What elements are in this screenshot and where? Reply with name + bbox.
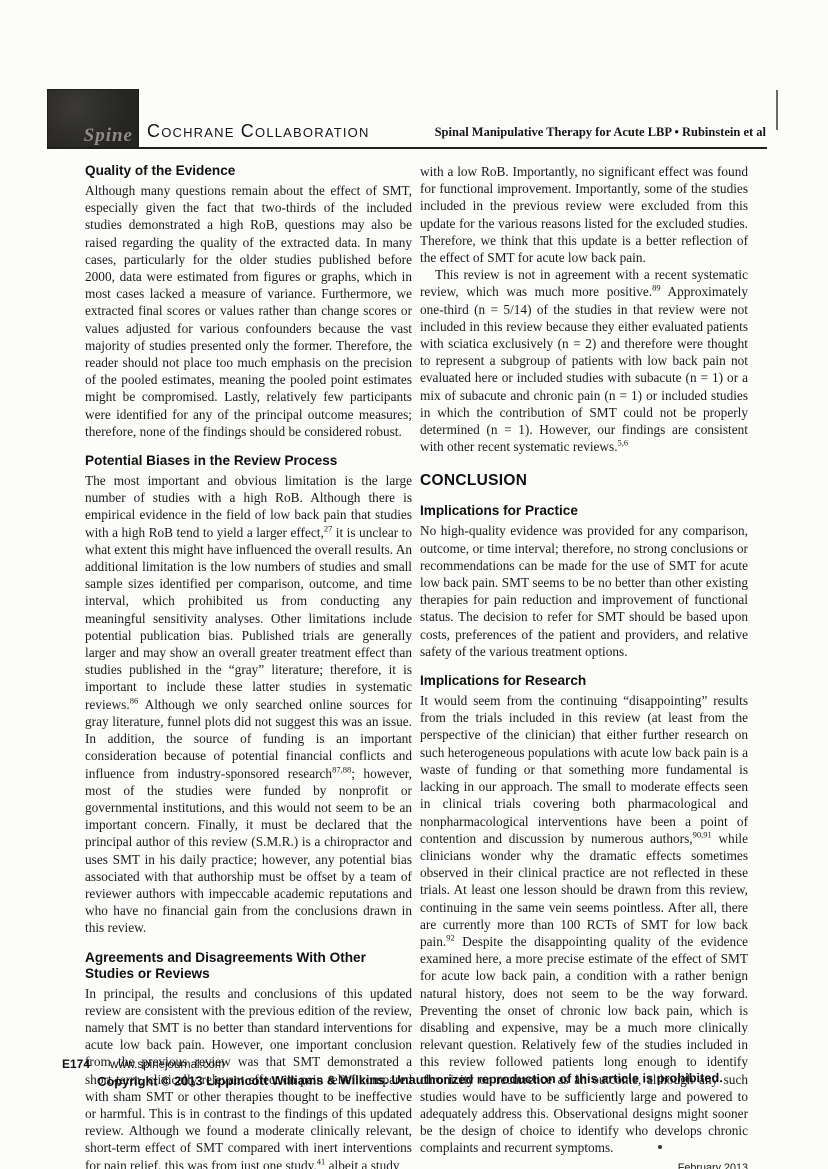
page-number: E174: [62, 1057, 90, 1071]
implications-research-heading: Implications for Research: [420, 673, 748, 689]
spine-logo-text: Spine: [84, 125, 133, 147]
scan-edge-mark: [776, 90, 778, 130]
running-title: Spinal Manipulative Therapy for Acute LB…: [435, 125, 766, 140]
potential-biases-heading: Potential Biases in the Review Process: [85, 453, 412, 469]
implications-research-paragraph: It would seem from the continuing “disap…: [420, 692, 748, 1156]
journal-page: Spine Cochrane Collaboration Spinal Mani…: [0, 0, 828, 1169]
left-column: Quality of the Evidence Although many qu…: [85, 163, 412, 1169]
spine-journal-logo: Spine: [48, 90, 138, 148]
issue-date: February 2013: [420, 1162, 748, 1169]
right-column: with a low RoB. Importantly, no signific…: [420, 163, 748, 1169]
continued-paragraph: with a low RoB. Importantly, no signific…: [420, 163, 748, 266]
header-divider: [47, 147, 767, 149]
quality-of-evidence-paragraph: Although many questions remain about the…: [85, 182, 412, 440]
potential-biases-paragraph: The most important and obvious limitatio…: [85, 472, 412, 936]
comparison-paragraph: This review is not in agreement with a r…: [420, 266, 748, 455]
cochrane-collaboration-brand: Cochrane Collaboration: [147, 121, 370, 142]
agreements-heading: Agreements and Disagreements With Other …: [85, 950, 412, 982]
scan-speck: [658, 1145, 662, 1149]
implications-practice-heading: Implications for Practice: [420, 503, 748, 519]
footer-line: E174www.spinejournal.com: [62, 1057, 224, 1071]
quality-of-evidence-heading: Quality of the Evidence: [85, 163, 412, 179]
implications-practice-paragraph: No high-quality evidence was provided fo…: [420, 522, 748, 660]
conclusion-heading: CONCLUSION: [420, 472, 748, 490]
journal-website: www.spinejournal.com: [110, 1059, 224, 1071]
